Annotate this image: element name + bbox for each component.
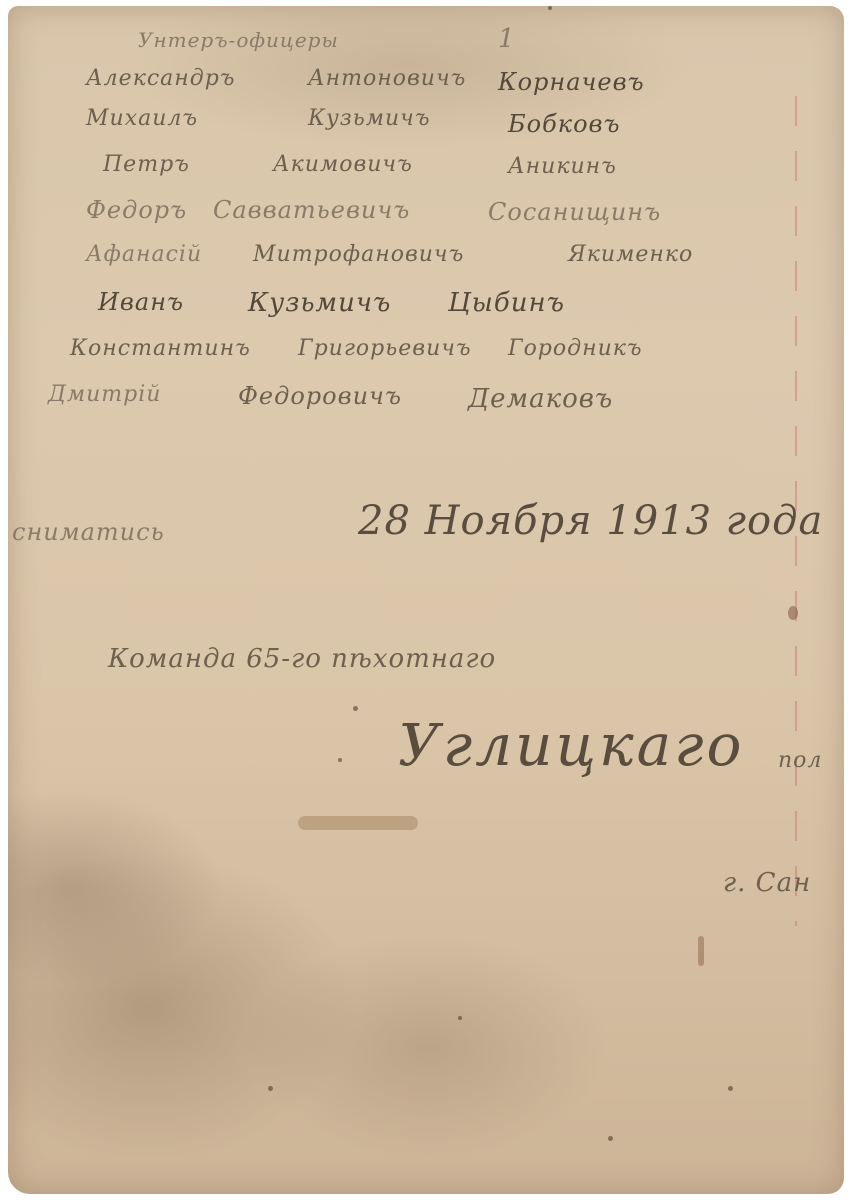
name-row-6-surname: Цыбинъ	[448, 288, 565, 318]
date-prefix: сниматись	[12, 518, 165, 546]
name-row-1-first: Александръ	[86, 66, 235, 91]
name-row-8-patronymic: Федоровичъ	[238, 382, 402, 410]
name-row-3-patronymic: Акимовичъ	[273, 152, 413, 177]
name-row-2-surname: Бобковъ	[508, 110, 620, 138]
stain	[698, 936, 704, 966]
name-row-1-patronymic: Антоновичъ	[308, 66, 466, 91]
top-line: Унтеръ-офицеры	[138, 28, 339, 52]
name-row-8-first: Дмитрій	[48, 382, 161, 407]
name-row-7-surname: Городникъ	[508, 336, 643, 361]
ink-spot	[353, 706, 358, 711]
ink-spot	[458, 1016, 462, 1020]
ink-spot	[268, 1086, 273, 1091]
name-row-2-patronymic: Кузьмичъ	[308, 106, 431, 131]
team-line: Команда 65-го пѣхотнаго	[108, 644, 496, 674]
name-row-3-surname: Аникинъ	[508, 154, 617, 179]
name-row-5-patronymic: Митрофановичъ	[253, 242, 464, 267]
ink-spot	[548, 6, 552, 10]
name-row-5-surname: Якименко	[568, 242, 693, 267]
name-row-4-surname: Сосанищинъ	[488, 198, 661, 226]
regiment-suffix: пол	[778, 748, 822, 773]
name-row-6-first: Иванъ	[98, 288, 184, 316]
name-row-7-first: Константинъ	[70, 336, 251, 361]
stain	[298, 816, 418, 830]
regiment-name: Углицкаго	[398, 711, 744, 779]
number-one: 1	[498, 24, 516, 54]
name-row-8-surname: Демаковъ	[468, 384, 613, 414]
stain	[788, 606, 798, 620]
name-row-3-first: Петръ	[103, 152, 190, 177]
ink-spot	[728, 1086, 733, 1091]
corner-note: г. Сан	[723, 868, 811, 898]
name-row-4-patronymic: Савватьевичъ	[213, 196, 410, 224]
name-row-5-first: Афанасій	[86, 242, 202, 267]
name-row-4-first: Федоръ	[86, 196, 187, 224]
ink-spot	[338, 758, 342, 762]
name-row-2-first: Михаилъ	[86, 106, 198, 131]
photo-card-back: Унтеръ-офицеры 1 Александръ Антоновичъ К…	[8, 6, 844, 1194]
name-row-1-surname: Корначевъ	[498, 68, 645, 96]
ink-spot	[608, 1136, 613, 1141]
name-row-6-patronymic: Кузьмичъ	[248, 288, 391, 318]
date-line: 28 Ноября 1913 года	[358, 498, 823, 544]
name-row-7-patronymic: Григорьевичъ	[298, 336, 472, 361]
